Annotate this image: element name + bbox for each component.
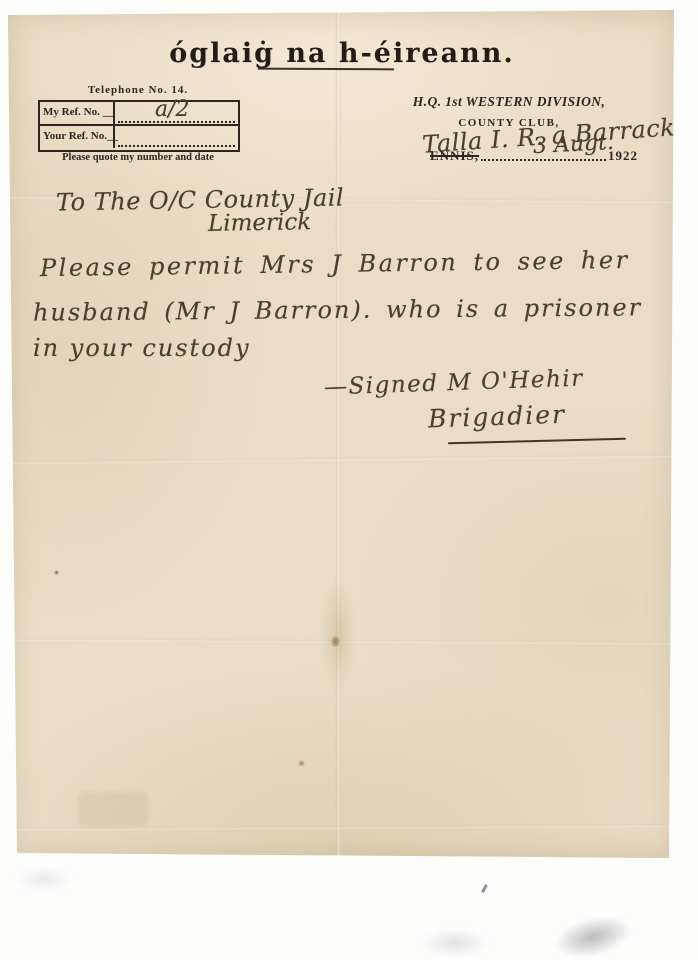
scanner-smudge bbox=[420, 928, 490, 958]
pen-mark bbox=[481, 884, 488, 893]
body-line-1: Please permit Mrs J Barron to see her bbox=[40, 246, 630, 282]
quote-note: Please quote my number and date bbox=[38, 152, 238, 163]
paper-stain bbox=[78, 792, 148, 826]
paper-stain bbox=[331, 636, 340, 647]
signature-rank: Brigadier bbox=[428, 400, 567, 434]
my-ref-field: a/2 bbox=[115, 102, 238, 124]
body-line-3: in your custody bbox=[33, 334, 251, 362]
letter-paper: óglaiġ na h-éireann. Telephone No. 14. M… bbox=[8, 10, 676, 858]
horizontal-fold-crease bbox=[8, 455, 676, 466]
dotted-rule bbox=[118, 121, 235, 123]
signature-underline bbox=[448, 438, 626, 445]
hq-division-line: H.Q. 1st WESTERN DIVISION, bbox=[392, 94, 626, 110]
signature-line: —Signed M O'Hehir bbox=[324, 365, 584, 400]
dotted-rule bbox=[118, 145, 235, 147]
letterhead-title: óglaiġ na h-éireann. bbox=[8, 38, 676, 69]
scanner-smudge bbox=[550, 909, 637, 960]
my-ref-label: My Ref. No. __ bbox=[40, 102, 115, 124]
your-ref-row: Your Ref. No.__ bbox=[40, 126, 238, 148]
vertical-fold-crease bbox=[336, 10, 341, 858]
title-underline bbox=[258, 68, 394, 71]
paper-stain bbox=[298, 760, 305, 767]
paper-speck bbox=[54, 570, 59, 575]
telephone-number: Telephone No. 14. bbox=[38, 84, 238, 96]
scanner-smudge bbox=[16, 866, 72, 892]
handwritten-date: 3 Augt. bbox=[532, 130, 614, 159]
printed-place-struck-through: ENNIS, bbox=[430, 148, 479, 164]
body-line-2: husband (Mr J Barron). who is a prisoner bbox=[33, 293, 642, 326]
scanned-letter: óglaiġ na h-éireann. Telephone No. 14. M… bbox=[0, 0, 698, 960]
your-ref-field bbox=[115, 126, 238, 148]
your-ref-label: Your Ref. No.__ bbox=[40, 126, 115, 148]
my-ref-row: My Ref. No. __ a/2 bbox=[40, 102, 238, 126]
my-ref-handwritten-value: a/2 bbox=[155, 97, 190, 122]
dotted-date-rule bbox=[481, 159, 606, 161]
paper-stain bbox=[320, 580, 356, 690]
recipient-city: Limerick bbox=[208, 209, 312, 237]
reference-box: My Ref. No. __ a/2 Your Ref. No.__ bbox=[38, 100, 240, 152]
